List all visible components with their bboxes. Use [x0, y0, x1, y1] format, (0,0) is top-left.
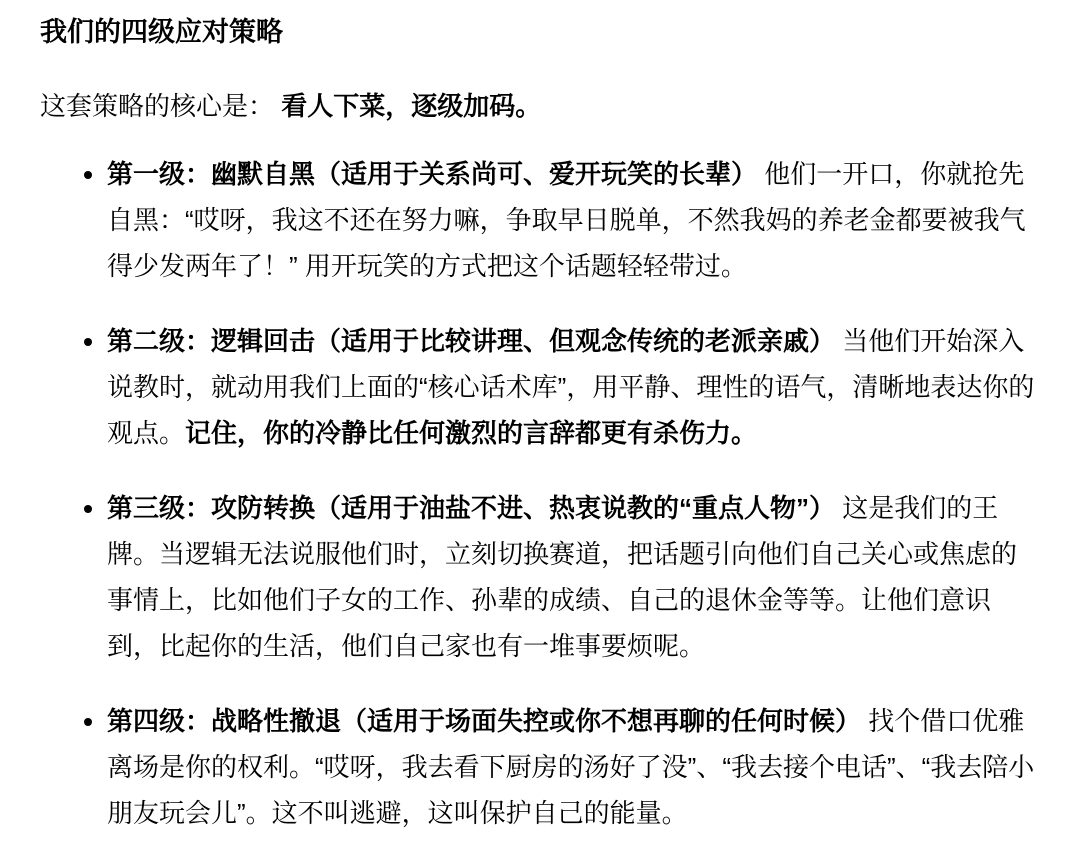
strategy-list: 第一级：幽默自黑（适用于关系尚可、爱开玩笑的长辈） 他们一开口，你就抢先自黑：“…: [40, 151, 1040, 836]
strategy-item-level2: 第二级：逻辑回击（适用于比较讲理、但观念传统的老派亲戚） 当他们开始深入说教时，…: [107, 318, 1040, 456]
strategy-item-level3: 第三级：攻防转换（适用于油盐不进、热衷说教的“重点人物”） 这是我们的王牌。当逻…: [107, 485, 1040, 669]
strategy-title: 第一级：幽默自黑（适用于关系尚可、爱开玩笑的长辈）: [107, 159, 757, 189]
intro-prefix: 这套策略的核心是：: [40, 91, 274, 121]
intro-emphasis: 看人下菜，逐级加码。: [281, 91, 541, 121]
strategy-item-level1: 第一级：幽默自黑（适用于关系尚可、爱开玩笑的长辈） 他们一开口，你就抢先自黑：“…: [107, 151, 1040, 289]
section-heading: 我们的四级应对策略: [40, 9, 1040, 55]
strategy-title: 第三级：攻防转换（适用于油盐不进、热衷说教的“重点人物”）: [107, 493, 835, 523]
strategy-emphasis-tail: 记住，你的冷静比任何激烈的言辞都更有杀伤力。: [185, 418, 757, 448]
intro-paragraph: 这套策略的核心是： 看人下菜，逐级加码。: [40, 83, 1040, 129]
article: 我们的四级应对策略 这套策略的核心是： 看人下菜，逐级加码。 第一级：幽默自黑（…: [0, 0, 1080, 856]
strategy-item-level4: 第四级：战略性撤退（适用于场面失控或你不想再聊的任何时候） 找个借口优雅离场是你…: [107, 698, 1040, 836]
strategy-title: 第四级：战略性撤退（适用于场面失控或你不想再聊的任何时候）: [107, 706, 861, 736]
strategy-title: 第二级：逻辑回击（适用于比较讲理、但观念传统的老派亲戚）: [107, 326, 835, 356]
